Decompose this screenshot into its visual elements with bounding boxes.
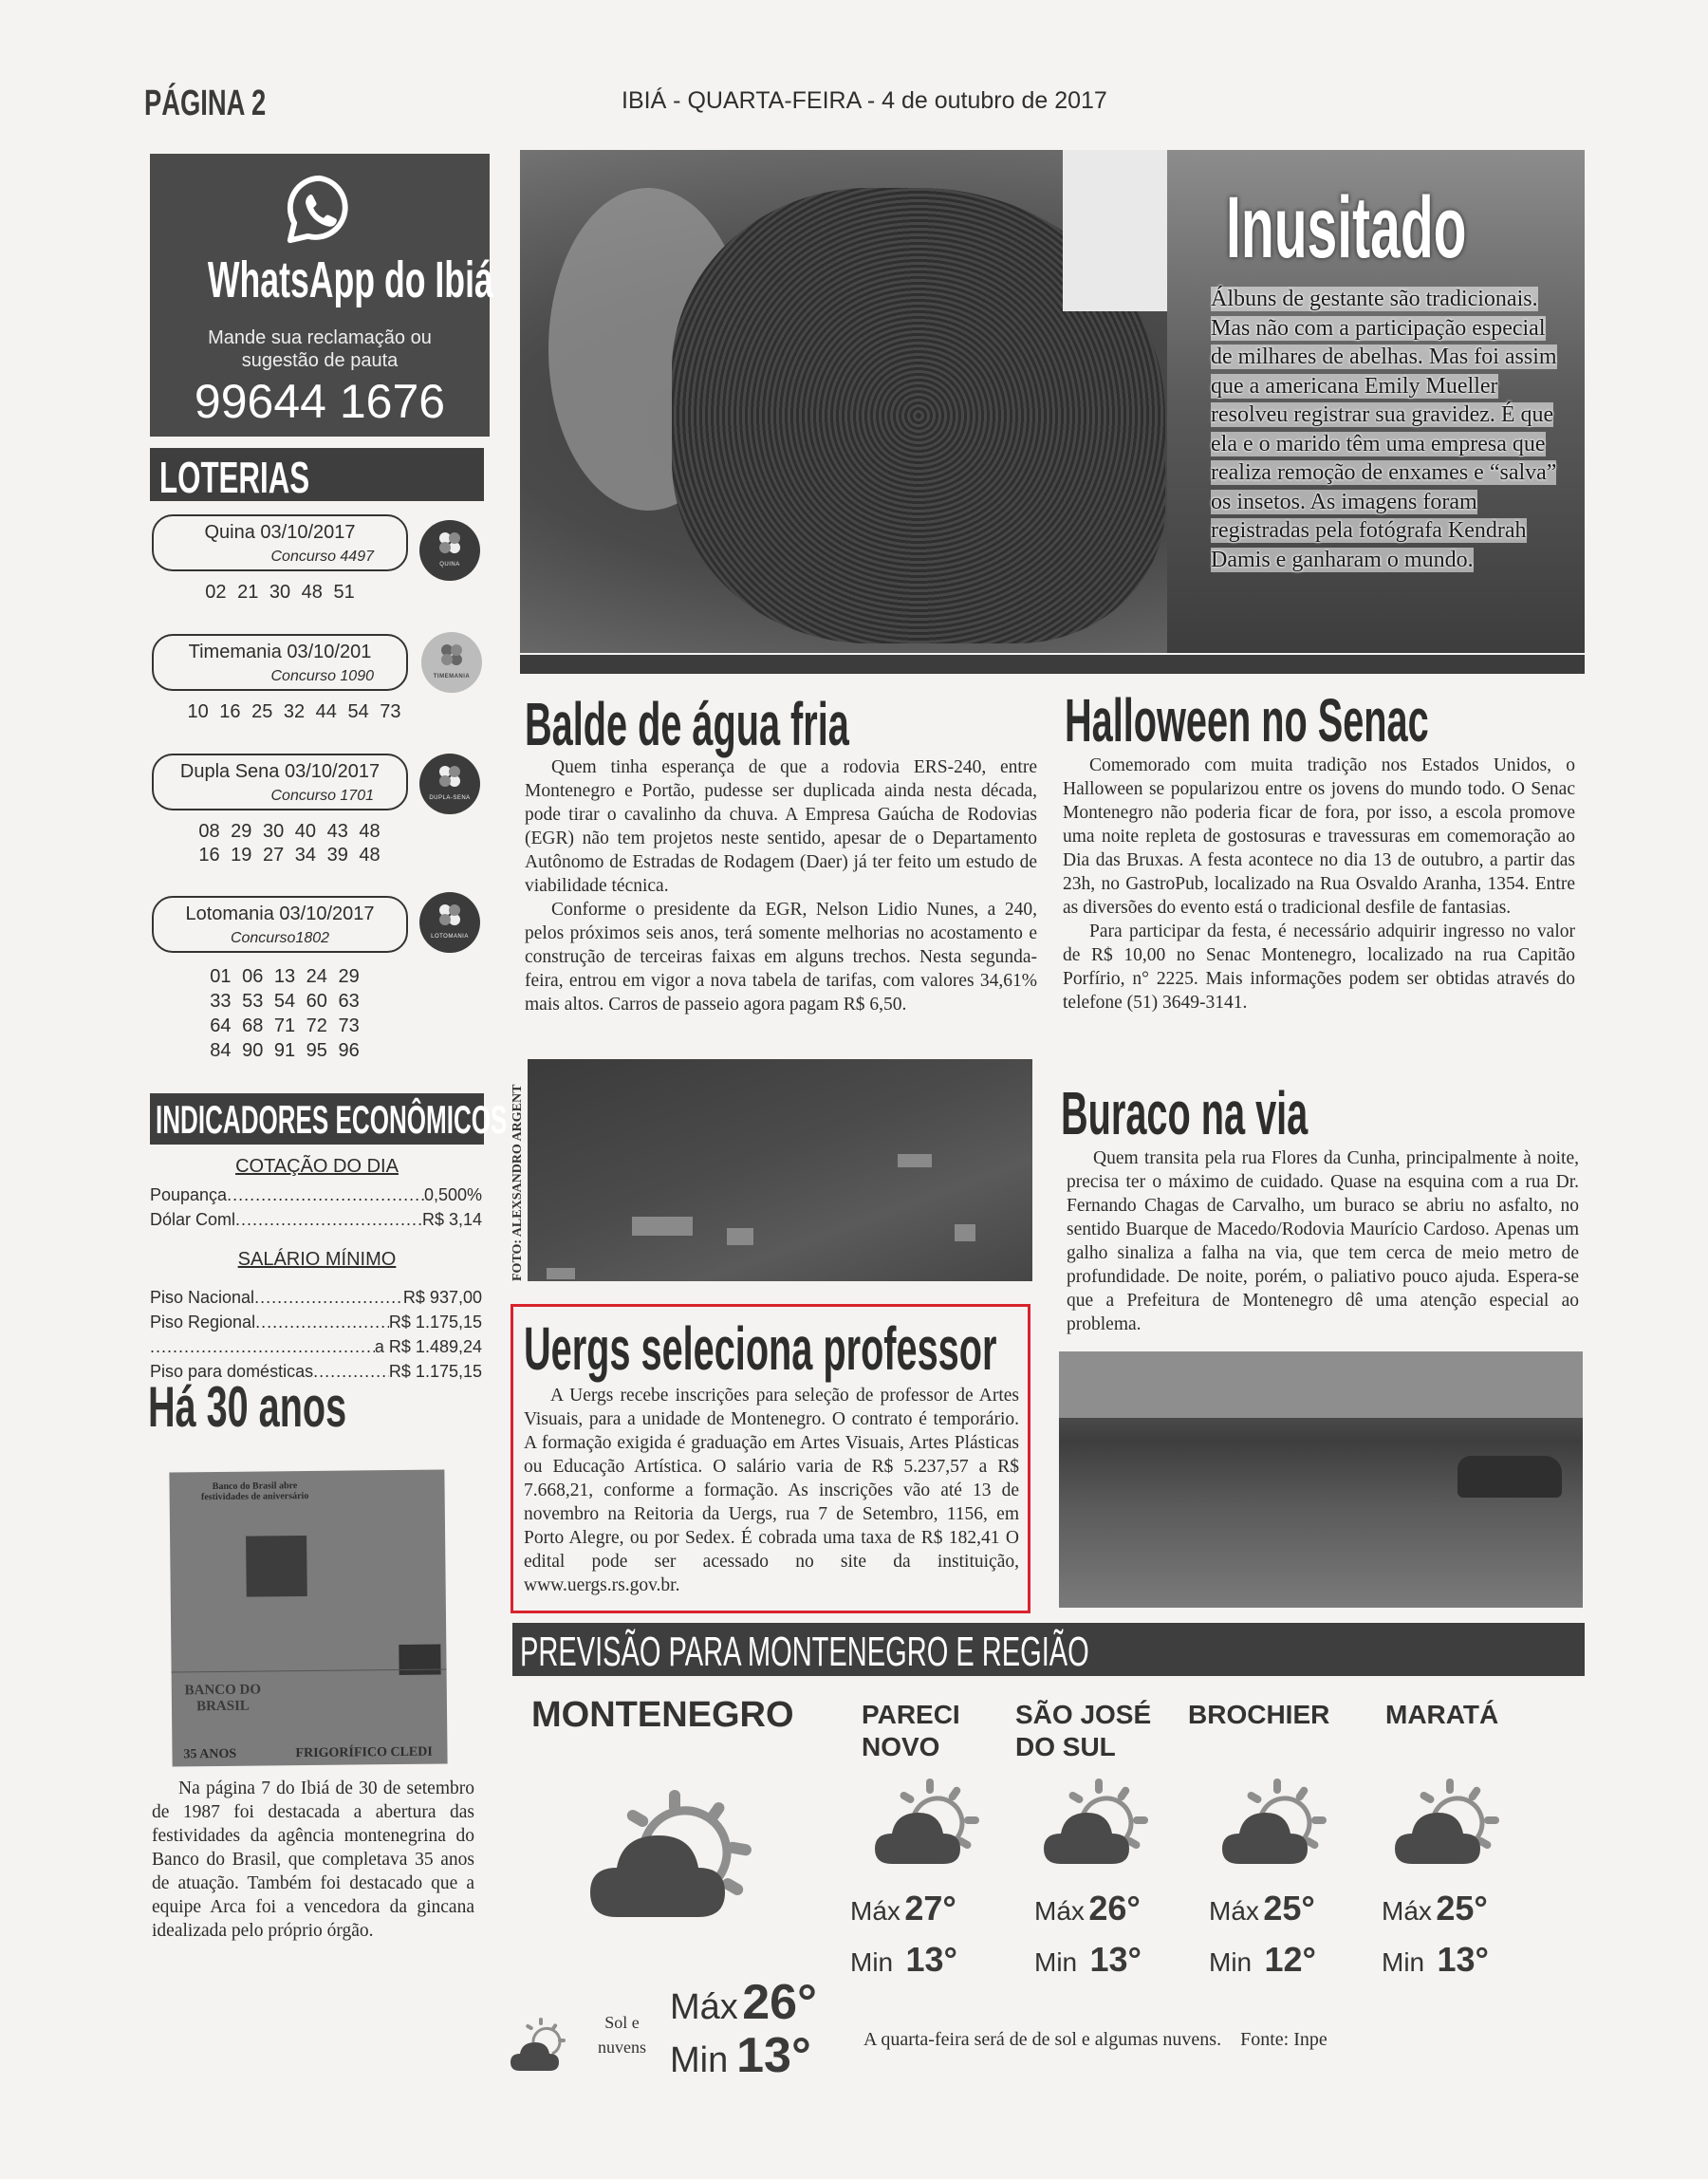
min-label: Min [850,1947,893,1977]
photo-rule [520,655,1585,674]
min-label: Min [1382,1947,1424,1977]
paragraph: A Uergs recebe inscrições para seleção d… [524,1384,1019,1597]
ha-30-anos-heading: Há 30 anos [148,1374,346,1440]
min-temp: 13° [736,2028,811,2083]
previsao-title: PREVISÃO PARA MONTENEGRO E REGIÃO [520,1629,1089,1676]
lottery-card-lotomania: Lotomania 03/10/2017 Concurso1802 [152,896,408,953]
city-pareci-novo: PARECI NOVO [862,1699,960,1763]
lottery-card-dupla-sena: Dupla Sena 03/10/2017 Concurso 1701 [152,754,408,810]
whatsapp-icon [283,173,357,247]
max-label: Máx [1382,1896,1432,1926]
numbers-row: 08 29 30 40 43 48 [161,820,418,844]
min-temp: 13° [1437,1940,1488,1979]
lottery-name: Lotomania 03/10/2017 [154,903,406,925]
min-temp: 13° [905,1940,956,1979]
lottery-concurso: Concurso 1701 [270,788,374,805]
indicator-value: R$ 3,14 [422,1207,482,1232]
halloween-headline: Halloween no Senac [1065,685,1429,755]
clipping-photo [399,1645,440,1675]
max-temp: 26° [1088,1889,1140,1928]
photo-credit-text: FOTO: ALEXSANDRO ARGENT [511,1061,526,1281]
whatsapp-phone: 99644 1676 [150,374,490,429]
condition-line2: nuvens [598,2035,646,2059]
forecast-source: Fonte: Inpe [1240,2029,1327,2050]
whatsapp-subtitle-line1: Mande sua reclamação ou [150,326,490,349]
lottery-concurso: Concurso 1090 [270,668,374,685]
badge-label: DUPLA-SENA [419,795,480,801]
max-label: Máx [1034,1896,1085,1926]
clipping-photo [246,1536,307,1597]
city-line1: SÃO JOSÉ [1015,1699,1151,1731]
ha-30-anos-text: Na página 7 do Ibiá de 30 de setembro de… [152,1777,474,1943]
lotomania-logo-icon: LOTOMANIA [419,892,480,953]
paragraph: Comemorado com muita tradição nos Estado… [1063,754,1575,920]
numbers-row: 84 90 91 95 96 [161,1038,408,1063]
max-label: Máx [1209,1896,1259,1926]
section-header-indicadores: INDICADORES ECONÔMICOS [150,1093,484,1145]
clipping-ad: FRIGORÍFICO CLEDI [295,1745,432,1762]
salario-heading: SALÁRIO MÍNIMO [146,1249,488,1271]
badge-label: LOTOMANIA [419,934,480,940]
numbers-row: 01 06 13 24 29 [161,964,408,989]
temp-sao-jose-do-sul: Máx 26° Min 13° [1034,1889,1142,1980]
condition-text: Sol e nuvens [598,2010,646,2059]
lottery-concurso: Concurso 4497 [270,549,374,566]
cotacao-heading: COTAÇÃO DO DIA [146,1156,488,1178]
whatsapp-subtitle-line2: sugestão de pauta [150,349,490,372]
partly-cloudy-icon [1393,1779,1511,1864]
clover-icon [438,531,461,554]
city-line2: NOVO [862,1731,960,1763]
partly-cloudy-icon [873,1779,991,1864]
pothole-photo [1059,1351,1583,1608]
lottery-concurso: Concurso1802 [154,930,406,947]
clover-icon [440,643,463,666]
balde-headline: Balde de água fria [525,689,849,759]
salario-row: Piso NacionalR$ 937,00 [150,1285,482,1310]
max-temp: 25° [1436,1889,1487,1928]
condition-line1: Sol e [598,2010,646,2035]
max-temp: 25° [1263,1889,1314,1928]
clipping-banner: BANCO DO BRASIL [183,1683,263,1716]
dateline: IBIÁ - QUARTA-FEIRA - 4 de outubro de 20… [622,87,1107,115]
small-partly-cloudy-icon [511,2018,571,2071]
salario-row: Piso Regional R$ 1.175,15 [150,1310,482,1334]
numbers-row: 33 53 54 60 63 [161,989,408,1014]
lottery-numbers: 10 16 25 32 44 54 73 [171,700,418,724]
whatsapp-box: WhatsApp do Ibiá Mande sua reclamação ou… [150,154,490,437]
temp-brochier: Máx 25° Min 12° [1209,1889,1316,1980]
min-temp: 12° [1264,1940,1315,1979]
section-header-loterias: LOTERIAS [150,448,484,501]
lottery-name: Quina 03/10/2017 [154,522,406,544]
city-line1: BROCHIER [1188,1699,1329,1731]
indicator-value: 0,500% [424,1183,482,1207]
indicator-label: Poupança [150,1183,227,1207]
paragraph: Para participar da festa, é necessário a… [1063,920,1575,1015]
lottery-numbers: 02 21 30 48 51 [152,581,408,605]
halloween-body: Comemorado com muita tradição nos Estado… [1063,754,1575,1015]
indicator-row-poupanca: Poupança0,500% [150,1183,482,1207]
city-brochier: BROCHIER [1188,1699,1329,1731]
numbers-row: 02 21 30 48 51 [152,581,408,605]
city-sao-jose-do-sul: SÃO JOSÉ DO SUL [1015,1699,1151,1763]
salario-label: Piso Regional [150,1310,255,1334]
numbers-row: 16 19 27 34 39 48 [161,844,418,867]
inusitado-paragraph: Álbuns de gestante são tradicionais. Mas… [1211,287,1557,572]
aerial-road-photo [528,1059,1032,1281]
forecast-note: A quarta-feira será de de sol e algumas … [863,2029,1327,2051]
whatsapp-subtitle: Mande sua reclamação ou sugestão de paut… [150,326,490,372]
lottery-card-quina: Quina 03/10/2017 Concurso 4497 [152,514,408,571]
max-label: Máx [670,1987,738,2027]
balde-body: Quem tinha esperança de que a rodovia ER… [525,755,1037,1016]
paragraph: Conforme o presidente da EGR, Nelson Lid… [525,898,1037,1016]
buraco-headline: Buraco na via [1061,1078,1308,1148]
badge-label: QUINA [419,562,480,568]
archive-clipping-image: Banco do Brasil abre festividades de ani… [169,1469,447,1766]
min-label: Min [1209,1947,1252,1977]
city-line2: DO SUL [1015,1731,1151,1763]
inusitado-heading: Inusitado [1226,178,1467,278]
max-temp: 27° [904,1889,956,1928]
lottery-numbers: 01 06 13 24 29 33 53 54 60 63 64 68 71 7… [161,964,408,1063]
uergs-headline: Uergs seleciona professor [524,1313,996,1384]
indicadores-title: INDICADORES ECONÔMICOS [156,1097,507,1143]
section-header-previsao: PREVISÃO PARA MONTENEGRO E REGIÃO [512,1623,1585,1676]
clipping-anos: 35 ANOS [183,1747,236,1763]
inusitado-text: Álbuns de gestante são tradicionais. Mas… [1211,285,1564,574]
lottery-numbers: 08 29 30 40 43 48 16 19 27 34 39 48 [161,820,418,867]
max-temp: 26° [742,1975,817,2030]
photo-credit: FOTO: ALEXSANDRO ARGENT [509,1061,528,1281]
temp-pareci-novo: Máx 27° Min 13° [850,1889,957,1980]
quina-logo-icon: QUINA [419,520,480,581]
clover-icon [438,765,461,788]
page-number: PÁGINA 2 [144,84,266,124]
city-montenegro: MONTENEGRO [531,1699,794,1731]
lottery-name: Timemania 03/10/201 [154,642,406,663]
paragraph: Quem tinha esperança de que a rodovia ER… [525,755,1037,898]
city-line1: PARECI [862,1699,960,1731]
clover-icon [438,903,461,926]
partly-cloudy-icon [588,1784,778,1917]
lottery-card-timemania: Timemania 03/10/201 Concurso 1090 [152,634,408,691]
salario-value: a R$ 1.489,24 [375,1334,482,1359]
min-label: Min [1034,1947,1077,1977]
max-label: Máx [850,1896,900,1926]
loterias-title: LOTERIAS [159,452,309,503]
indicator-label: Dólar Coml [150,1207,235,1232]
partly-cloudy-icon [1220,1779,1338,1864]
paragraph: Quem transita pela rua Flores da Cunha, … [1067,1146,1579,1336]
paragraph: Na página 7 do Ibiá de 30 de setembro de… [152,1777,474,1943]
temp-marata: Máx 25° Min 13° [1382,1889,1489,1980]
salario-value: R$ 937,00 [403,1285,482,1310]
salario-value: R$ 1.175,15 [389,1310,482,1334]
timemania-logo-icon: TIMEMANIA [421,632,482,693]
indicator-row-dolar: Dólar Coml R$ 3,14 [150,1207,482,1232]
temp-main: Máx 26° Min 13° [670,1974,817,2084]
salario-row: a R$ 1.489,24 [150,1334,482,1359]
badge-label: TIMEMANIA [421,674,482,680]
salario-label: Piso Nacional [150,1285,254,1310]
partly-cloudy-icon [1042,1779,1160,1864]
city-marata: MARATÁ [1385,1699,1498,1731]
city-line1: MARATÁ [1385,1699,1498,1731]
clipping-headline: Banco do Brasil abre festividades de ani… [188,1481,321,1502]
forecast-note-text: A quarta-feira será de de sol e algumas … [863,2029,1221,2050]
uergs-body: A Uergs recebe inscrições para seleção d… [524,1384,1019,1597]
numbers-row: 10 16 25 32 44 54 73 [171,700,418,724]
lottery-name: Dupla Sena 03/10/2017 [154,761,406,783]
min-temp: 13° [1089,1940,1141,1979]
salario-value: R$ 1.175,15 [389,1359,482,1384]
numbers-row: 64 68 71 72 73 [161,1014,408,1038]
dupla-sena-logo-icon: DUPLA-SENA [419,754,480,814]
whatsapp-title: WhatsApp do Ibiá [208,251,432,309]
min-label: Min [670,2040,728,2080]
buraco-body: Quem transita pela rua Flores da Cunha, … [1067,1146,1579,1336]
